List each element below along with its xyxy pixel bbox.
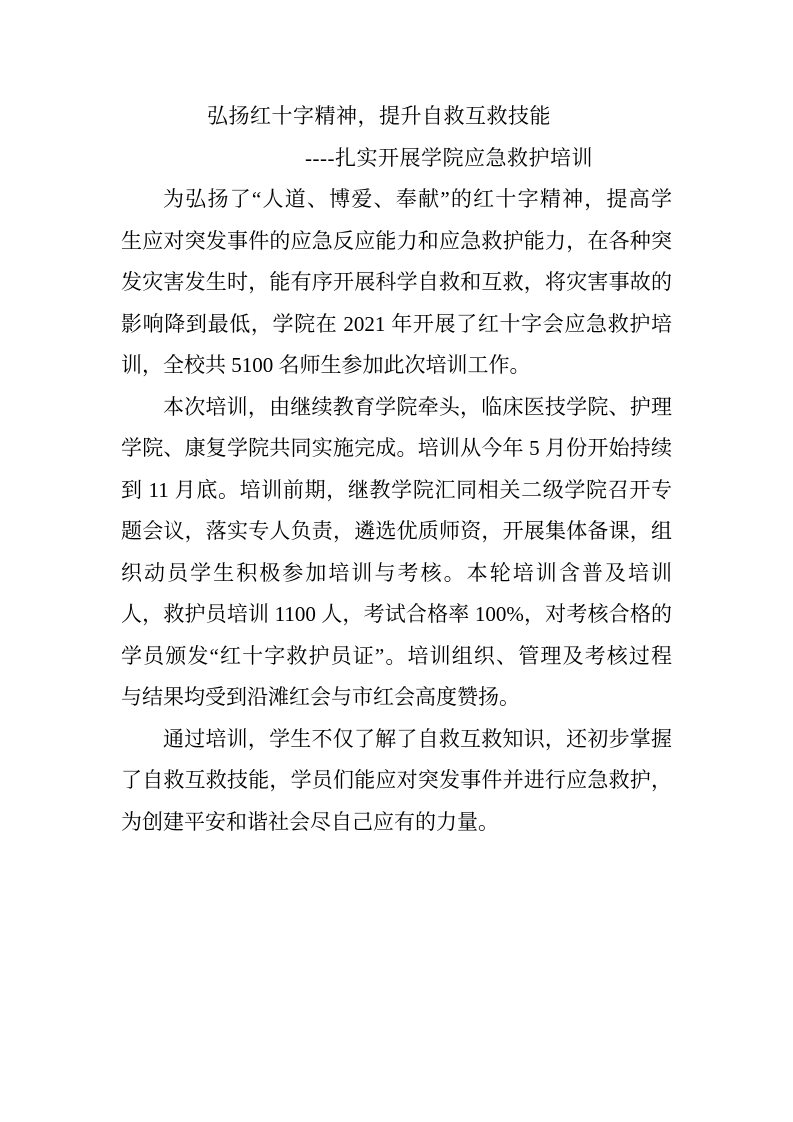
text-line: 训，全校共 5100 名师生参加此次培训工作。 [121, 345, 672, 387]
text-line: 生应对突发事件的应急反应能力和应急救护能力，在各种突 [121, 221, 672, 263]
text-line: 学员颁发“红十字救护员证”。培训组织、管理及考核过程 [121, 636, 672, 678]
text-line: 与结果均受到沿滩红会与市红会高度赞扬。 [121, 677, 672, 719]
document-title: 弘扬红十字精神，提升自救互救技能 [121, 96, 672, 138]
text-line: 为创建平安和谐社会尽自己应有的力量。 [121, 802, 672, 844]
document-body: 为弘扬了“人道、博爱、奉献”的红十字精神，提高学生应对突发事件的应急反应能力和应… [121, 179, 672, 843]
paragraph: 通过培训，学生不仅了解了自救互救知识，还初步掌握了自救互救技能，学员们能应对突发… [121, 719, 672, 844]
text-line: 为弘扬了“人道、博爱、奉献”的红十字精神，提高学 [121, 179, 672, 221]
text-line: 通过培训，学生不仅了解了自救互救知识，还初步掌握 [121, 719, 672, 761]
text-line: 本次培训，由继续教育学院牵头，临床医技学院、护理 [121, 387, 672, 429]
paragraph: 为弘扬了“人道、博爱、奉献”的红十字精神，提高学生应对突发事件的应急反应能力和应… [121, 179, 672, 387]
paragraph: 本次培训，由继续教育学院牵头，临床医技学院、护理学院、康复学院共同实施完成。培训… [121, 387, 672, 719]
text-line: 题会议，落实专人负责，遴选优质师资，开展集体备课，组 [121, 511, 672, 553]
text-line: 影响降到最低，学院在 2021 年开展了红十字会应急救护培 [121, 304, 672, 346]
text-line: 学院、康复学院共同实施完成。培训从今年 5 月份开始持续 [121, 428, 672, 470]
document-subtitle: ----扎实开展学院应急救护培训 [121, 138, 672, 180]
text-line: 了自救互救技能，学员们能应对突发事件并进行应急救护， [121, 760, 672, 802]
text-line: 到 11 月底。培训前期，继教学院汇同相关二级学院召开专 [121, 470, 672, 512]
text-line: 人，救护员培训 1100 人，考试合格率 100%，对考核合格的 [121, 594, 672, 636]
document-page: 弘扬红十字精神，提升自救互救技能 ----扎实开展学院应急救护培训 为弘扬了“人… [0, 0, 793, 1122]
text-line: 发灾害发生时，能有序开展科学自救和互救，将灾害事故的 [121, 262, 672, 304]
text-line: 织动员学生积极参加培训与考核。本轮培训含普及培训 4000 [121, 553, 672, 595]
